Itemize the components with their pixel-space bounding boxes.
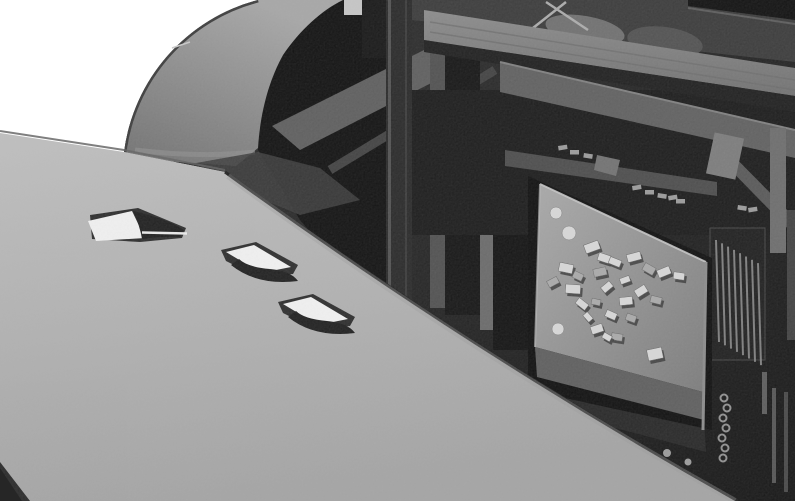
totalisator-photo	[0, 0, 795, 501]
photo-canvas	[0, 0, 795, 501]
